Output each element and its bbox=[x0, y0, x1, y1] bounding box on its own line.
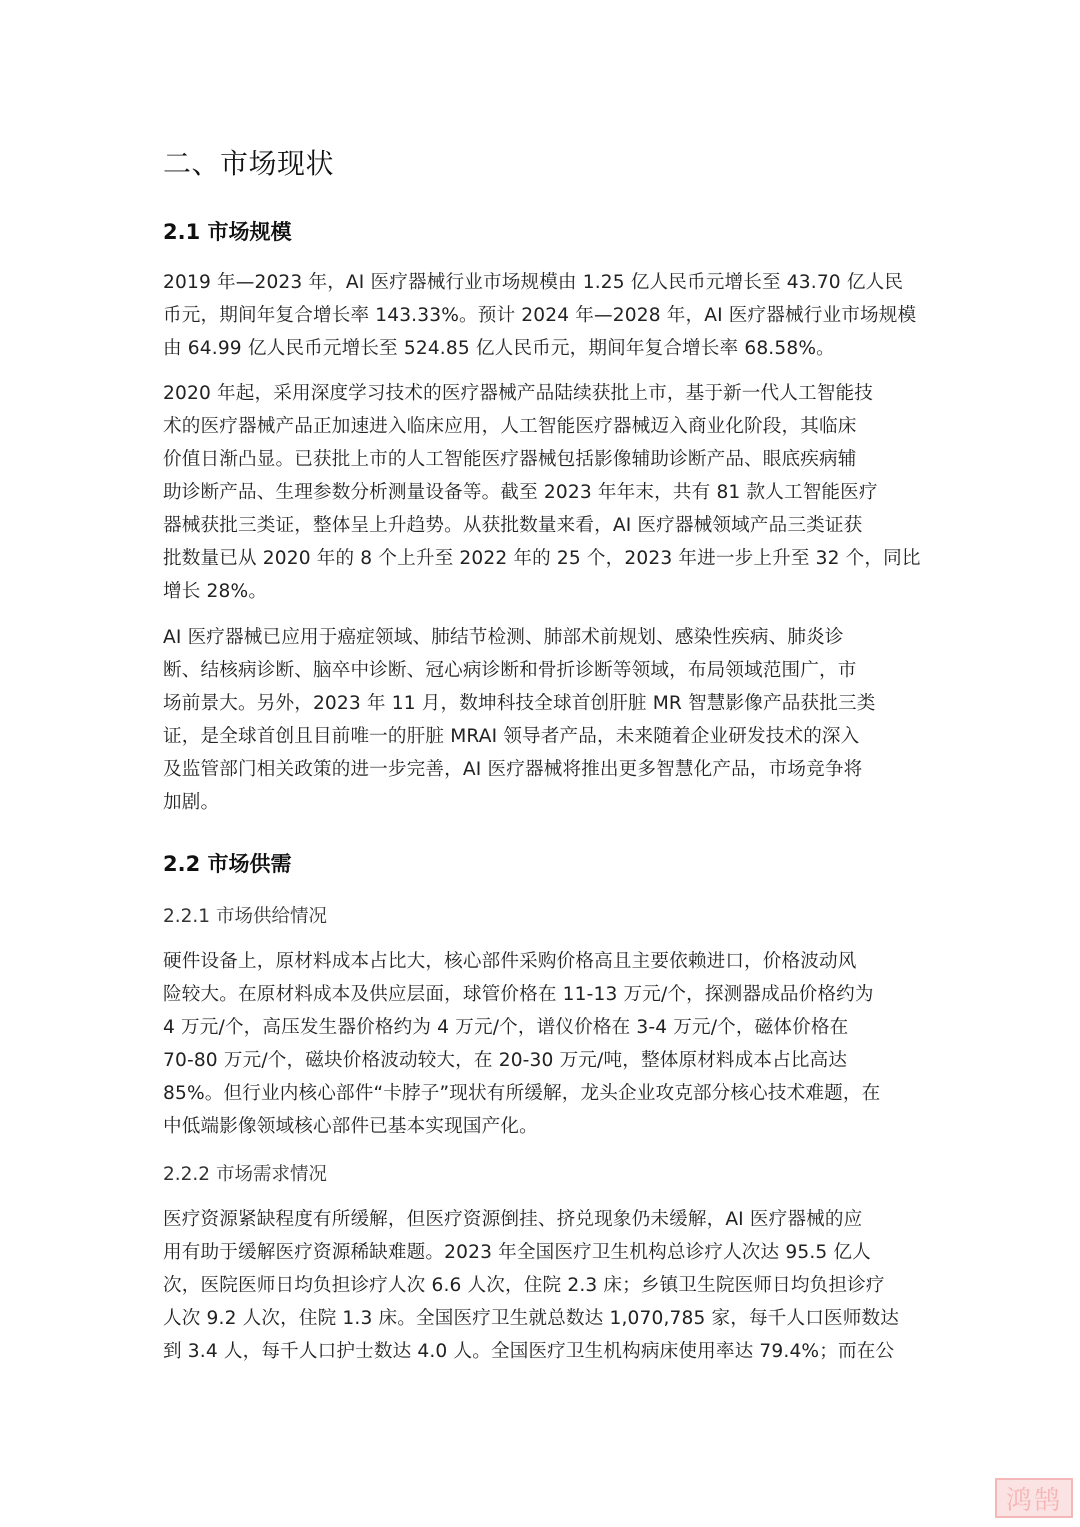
text-line: 断、结核病诊断、脑卒中诊断、冠心病诊断和骨折诊断等领域，布局领域范围广，市 bbox=[163, 654, 923, 687]
paragraph-market-size-1: 2019 年—2023 年，AI 医疗器械行业市场规模由 1.25 亿人民币元增… bbox=[163, 266, 923, 365]
seal-stamp-icon: 鸿鹄 bbox=[995, 1478, 1073, 1518]
heading-demand: 2.2.2 市场需求情况 bbox=[163, 1160, 327, 1186]
text-line: AI 医疗器械已应用于癌症领域、肺结节检测、肺部术前规划、感染性疾病、肺炎诊 bbox=[163, 621, 923, 654]
text-line: 70-80 万元/个，磁块价格波动较大，在 20-30 万元/吨，整体原材料成本… bbox=[163, 1044, 923, 1077]
heading-supply: 2.2.1 市场供给情况 bbox=[163, 902, 327, 928]
paragraph-market-size-2: 2020 年起，采用深度学习技术的医疗器械产品陆续获批上市，基于新一代人工智能技… bbox=[163, 377, 923, 608]
paragraph-market-size-3: AI 医疗器械已应用于癌症领域、肺结节检测、肺部术前规划、感染性疾病、肺炎诊 断… bbox=[163, 621, 923, 819]
text-line: 85%。但行业内核心部件“卡脖子”现状有所缓解，龙头企业攻克部分核心技术难题，在 bbox=[163, 1077, 923, 1110]
text-line: 次，医院医师日均负担诊疗人次 6.6 人次，住院 2.3 床；乡镇卫生院医师日均… bbox=[163, 1269, 923, 1302]
text-line: 到 3.4 人，每千人口护士数达 4.0 人。全国医疗卫生机构病床使用率达 79… bbox=[163, 1335, 923, 1368]
text-line: 险较大。在原材料成本及供应层面，球管价格在 11-13 万元/个，探测器成品价格… bbox=[163, 978, 923, 1011]
text-line: 医疗资源紧缺程度有所缓解，但医疗资源倒挂、挤兑现象仍未缓解，AI 医疗器械的应 bbox=[163, 1203, 923, 1236]
paragraph-demand: 医疗资源紧缺程度有所缓解，但医疗资源倒挂、挤兑现象仍未缓解，AI 医疗器械的应 … bbox=[163, 1203, 923, 1368]
text-line: 用有助于缓解医疗资源稀缺难题。2023 年全国医疗卫生机构总诊疗人次达 95.5… bbox=[163, 1236, 923, 1269]
heading-supply-demand: 2.2 市场供需 bbox=[163, 848, 292, 878]
text-line: 4 万元/个，高压发生器价格约为 4 万元/个，谱仪价格在 3-4 万元/个，磁… bbox=[163, 1011, 923, 1044]
text-line: 2019 年—2023 年，AI 医疗器械行业市场规模由 1.25 亿人民币元增… bbox=[163, 266, 923, 299]
text-line: 场前景大。另外，2023 年 11 月，数坤科技全球首创肝脏 MR 智慧影像产品… bbox=[163, 687, 923, 720]
heading-market-size: 2.1 市场规模 bbox=[163, 216, 292, 246]
text-line: 器械获批三类证，整体呈上升趋势。从获批数量来看，AI 医疗器械领域产品三类证获 bbox=[163, 509, 923, 542]
text-line: 中低端影像领域核心部件已基本实现国产化。 bbox=[163, 1110, 923, 1143]
text-line: 助诊断产品、生理参数分析测量设备等。截至 2023 年年末，共有 81 款人工智… bbox=[163, 476, 923, 509]
text-line: 人次 9.2 人次，住院 1.3 床。全国医疗卫生就总数达 1,070,785 … bbox=[163, 1302, 923, 1335]
text-line: 硬件设备上，原材料成本占比大，核心部件采购价格高且主要依赖进口，价格波动风 bbox=[163, 945, 923, 978]
text-line: 由 64.99 亿人民币元增长至 524.85 亿人民币元，期间年复合增长率 6… bbox=[163, 332, 923, 365]
text-line: 术的医疗器械产品正加速进入临床应用，人工智能医疗器械迈入商业化阶段，其临床 bbox=[163, 410, 923, 443]
text-line: 证，是全球首创且目前唯一的肝脏 MRAI 领导者产品，未来随着企业研发技术的深入 bbox=[163, 720, 923, 753]
text-line: 批数量已从 2020 年的 8 个上升至 2022 年的 25 个，2023 年… bbox=[163, 542, 923, 575]
document-page: 二、市场现状 2.1 市场规模 2019 年—2023 年，AI 医疗器械行业市… bbox=[0, 0, 1080, 1527]
text-line: 币元，期间年复合增长率 143.33%。预计 2024 年—2028 年，AI … bbox=[163, 299, 923, 332]
text-line: 2020 年起，采用深度学习技术的医疗器械产品陆续获批上市，基于新一代人工智能技 bbox=[163, 377, 923, 410]
text-line: 增长 28%。 bbox=[163, 575, 923, 608]
text-line: 及监管部门相关政策的进一步完善，AI 医疗器械将推出更多智慧化产品，市场竞争将 bbox=[163, 753, 923, 786]
text-line: 加剧。 bbox=[163, 786, 923, 819]
section-title: 二、市场现状 bbox=[163, 142, 334, 182]
paragraph-supply: 硬件设备上，原材料成本占比大，核心部件采购价格高且主要依赖进口，价格波动风 险较… bbox=[163, 945, 923, 1143]
text-line: 价值日渐凸显。已获批上市的人工智能医疗器械包括影像辅助诊断产品、眼底疾病辅 bbox=[163, 443, 923, 476]
